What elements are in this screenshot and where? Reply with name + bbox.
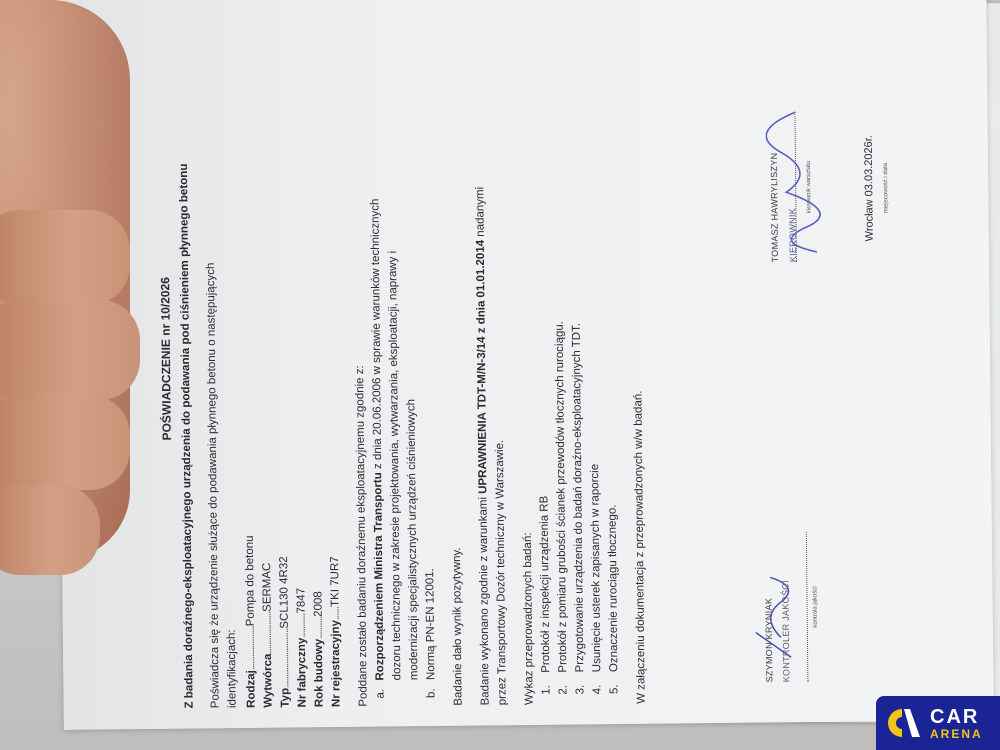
finger (0, 210, 130, 305)
basis-list: a. Rozporządzeniem Ministra Transportu z… (366, 66, 441, 707)
device-specs: Rodzaj....................Pompa do beton… (237, 67, 346, 708)
tests-list: 1.Protokół z inspekcji urządzenia RB 2.P… (532, 64, 624, 705)
signature-scribble (750, 572, 801, 663)
car-arena-watermark: CAR ARENA (876, 696, 1000, 750)
basis-item: a. Rozporządzeniem Ministra Transportu z… (366, 66, 424, 706)
signature-workshop-manager: TOMASZ HAWRYLISZYN KIEROWNIK kierownik w… (765, 112, 819, 263)
signature-scribble (765, 102, 827, 263)
document-content: POŚWIADCZENIE nr 10/2026 Z badania doraź… (155, 60, 982, 709)
finger (0, 485, 100, 575)
car-arena-logo-icon (886, 705, 922, 741)
document-sheet: POŚWIADCZENIE nr 10/2026 Z badania doraź… (56, 0, 994, 730)
finger (0, 300, 140, 400)
finger (0, 395, 130, 490)
place-date: Wrocław 03.03.2026r. miejscowość i data (861, 135, 896, 242)
signature-quality-control: SZYMON KRYNIAK KONTROLER JAKOŚCI kontrol… (760, 532, 826, 683)
